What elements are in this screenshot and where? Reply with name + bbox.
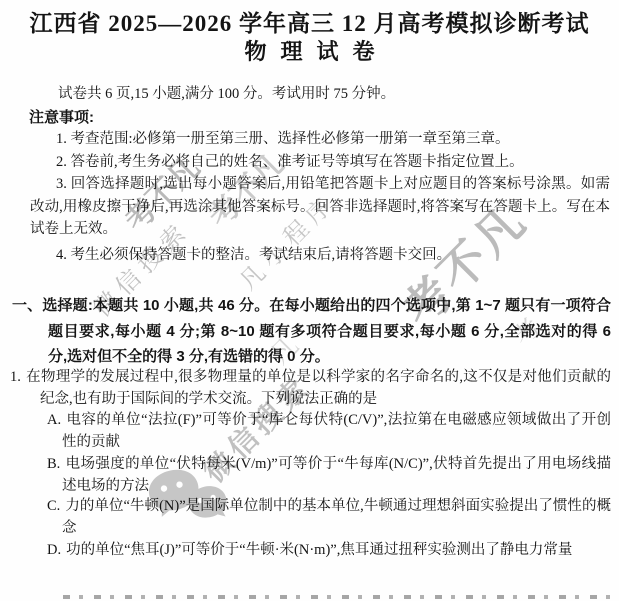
- exam-title: 江西省 2025—2026 学年高三 12 月高考模拟诊断考试: [0, 5, 619, 38]
- exam-meta-line: 试卷共 6 页,15 小题,满分 100 分。考试用时 75 分钟。: [58, 82, 609, 103]
- paper-subject-title: 物理试卷: [0, 35, 619, 66]
- note-item-4: 4. 考生必须保持答题卡的整洁。考试结束后,请将答题卡交回。: [30, 244, 610, 267]
- option-d-label: D.: [47, 542, 61, 558]
- section-1-header: 一、选择题:本题共 10 小题,共 46 分。在每小题给出的四个选项中,第 1~…: [12, 293, 611, 370]
- exam-paper-page: 考不凡 微信搜索 考不凡 凡小程序 考不凡 考 凡 微信搜索 江西省 2025—…: [0, 0, 619, 601]
- note-item-1: 1. 考查范围:必修第一册至第三册、选择性必修第一册第一章至第三章。: [30, 128, 610, 151]
- option-b-label: B.: [47, 456, 60, 472]
- question-1-option-c: C.力的单位“牛顿(N)”是国际单位制中的基本单位,牛顿通过理想斜面实验提出了惯…: [47, 495, 611, 539]
- note-item-2: 2. 答卷前,考生务必将自己的姓名、准考证号等填写在答题卡指定位置上。: [30, 151, 610, 174]
- question-1-number: 1.: [10, 369, 21, 385]
- option-a-label: A.: [47, 412, 61, 428]
- question-1-option-b: B.电场强度的单位“伏特每米(V/m)”可等价于“牛每库(N/C)”,伏特首先提…: [47, 453, 611, 497]
- question-1-option-a: A.电容的单位“法拉(F)”可等价于“库仑每伏特(C/V)”,法拉第在电磁感应领…: [47, 409, 611, 453]
- question-1-stem: 1.在物理学的发展过程中,很多物理量的单位是以科学家的名字命名的,这不仅是对他们…: [10, 366, 611, 410]
- note-item-3: 3. 回答选择题时,选出每小题答案后,用铅笔把答题卡上对应题目的答案标号涂黑。如…: [30, 173, 610, 241]
- question-1-option-d: D.功的单位“焦耳(J)”可等价于“牛顿·米(N·m)”,焦耳通过扭秤实验测出了…: [47, 539, 611, 561]
- option-c-text: 力的单位“牛顿(N)”是国际单位制中的基本单位,牛顿通过理想斜面实验提出了惯性的…: [62, 498, 611, 536]
- notes-heading: 注意事项:: [29, 106, 94, 127]
- option-c-label: C.: [47, 498, 60, 514]
- option-d-text: 功的单位“焦耳(J)”可等价于“牛顿·米(N·m)”,焦耳通过扭秤实验测出了静电…: [66, 542, 572, 558]
- option-a-text: 电容的单位“法拉(F)”可等价于“库仑每伏特(C/V)”,法拉第在电磁感应领域做…: [62, 412, 611, 450]
- question-1-text: 在物理学的发展过程中,很多物理量的单位是以科学家的名字命名的,这不仅是对他们贡献…: [26, 369, 611, 407]
- clipped-next-line: [63, 595, 611, 599]
- option-b-text: 电场强度的单位“伏特每米(V/m)”可等价于“牛每库(N/C)”,伏特首先提出了…: [62, 456, 611, 494]
